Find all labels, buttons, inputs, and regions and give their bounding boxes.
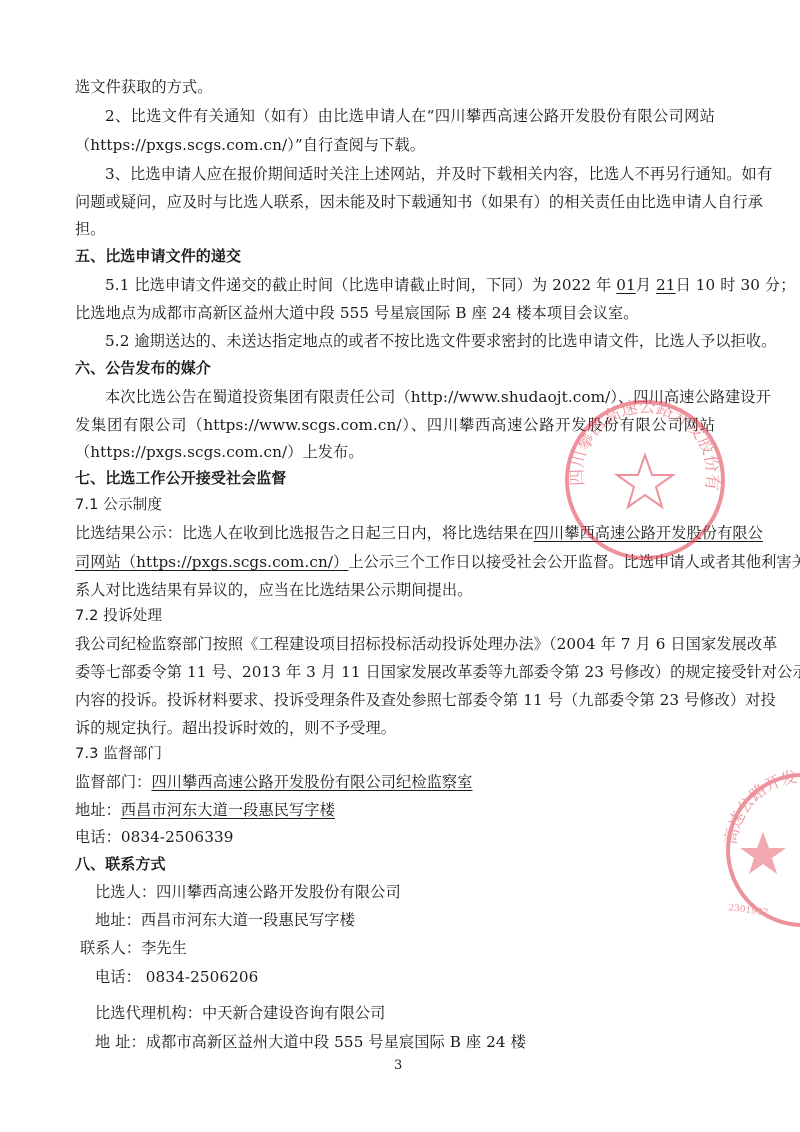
address-value: 西昌市河东大道一段惠民写字楼 [121, 801, 335, 819]
deadline-month: 01 [616, 276, 636, 294]
paragraph-text: 比选结果公示：比选人在收到比选报告之日起三日内，将比选结果在四川攀西高速公路开发… [75, 522, 715, 544]
deadline-text-post: 日 10 时 30 分； [676, 276, 796, 294]
paragraph-text: 我公司纪检监察部门按照《工程建设项目招标投标活动投诉处理办法》（2004 年 7… [75, 633, 715, 655]
publicity-text: 上公示三个工作日以接受社会公开监督。比选申请人或者其他利害关 [348, 553, 800, 571]
paragraph-text: 本次比选公告在蜀道投资集团有限责任公司（http://www.shudaojt.… [105, 386, 715, 408]
paragraph-text: 2、比选文件有关通知（如有）由比选申请人在“四川攀西高速公路开发股份有限公司网站 [105, 105, 715, 127]
section-heading: 五、比选申请文件的递交 [75, 245, 715, 267]
paragraph-text: 问题或疑问，应及时与比选人联系，因未能及时下载通知书（如果有）的相关责任由比选申… [75, 191, 715, 213]
paragraph-text: （https://pxgs.scgs.com.cn/）”自行查阅与下载。 [75, 134, 715, 156]
deadline-text-pre: 5.1 比选申请文件递交的截止时间（比选申请截止时间，下同）为 2022 年 [105, 276, 611, 294]
paragraph-text: 3、比选申请人应在报价期间适时关注上述网站，并及时下载相关内容，比选人不再另行通… [105, 163, 715, 185]
purchaser-address: 地址：西昌市河东大道一段惠民写字楼 [95, 909, 735, 931]
publicity-text: 比选结果公示：比选人在收到比选报告之日起三日内，将比选结果在 [75, 524, 534, 542]
paragraph-text: 诉的规定执行。超出投诉时效的，则不予受理。 [75, 717, 715, 739]
supervision-address: 地址：西昌市河东大道一段惠民写字楼 [75, 799, 715, 821]
address-label: 地址： [75, 801, 121, 819]
contact-phone: 电话： 0834-2506206 [95, 966, 735, 988]
paragraph-text: 5.2 逾期送达的、未送达指定地点的或者不按比选文件要求密封的比选申请文件，比选… [105, 330, 715, 352]
supervision-dept: 监督部门：四川攀西高速公路开发股份有限公司纪检监察室 [75, 771, 715, 793]
seal-stamp-partial: 高速公路开发 2301997 [708, 770, 800, 930]
paragraph-text: 选文件获取的方式。 [75, 76, 715, 98]
company-website-link[interactable]: 司网站（https://pxgs.scgs.com.cn/） [75, 553, 348, 571]
contact-person: 联系人：李先生 [80, 937, 720, 959]
paragraph-text: 委等七部委令第 11 号、2013 年 3 月 11 日国家发展改革委等九部委令… [75, 661, 715, 683]
company-website-link[interactable]: 四川攀西高速公路开发股份有限公 [534, 524, 763, 542]
paragraph-text: 发集团有限公司（https://www.scgs.com.cn/）、四川攀西高速… [75, 414, 715, 436]
paragraph-text: （https://pxgs.scgs.com.cn/）上发布。 [75, 441, 715, 463]
paragraph-text: 比选地点为成都市高新区益州大道中段 555 号星宸国际 B 座 24 楼本项目会… [75, 302, 715, 324]
deadline-text-mid: 月 [636, 276, 651, 294]
deadline-day: 21 [656, 276, 676, 294]
section-heading: 六、公告发布的媒介 [75, 357, 715, 379]
document-page: 选文件获取的方式。 2、比选文件有关通知（如有）由比选申请人在“四川攀西高速公路… [0, 0, 800, 1132]
paragraph-text: 内容的投诉。投诉材料要求、投诉受理条件及查处参照七部委令第 11 号（九部委令第… [75, 689, 715, 711]
svg-text:高速公路开发: 高速公路开发 [721, 770, 799, 846]
purchaser: 比选人：四川攀西高速公路开发股份有限公司 [95, 881, 735, 903]
subsection-heading: 7.3 监督部门 [75, 743, 715, 765]
page-number: 3 [394, 1058, 402, 1073]
dept-label: 监督部门： [75, 773, 151, 791]
media-text: 本次比选公告在蜀道投资集团有限责任公司（http://www.shudaojt.… [105, 388, 771, 406]
subsection-heading: 7.2 投诉处理 [75, 605, 715, 627]
supervision-phone: 电话：0834-2506339 [75, 826, 715, 848]
agency-address: 地 址：成都市高新区益州大道中段 555 号星宸国际 B 座 24 楼 [95, 1031, 735, 1053]
paragraph-text: 系人对比选结果有异议的，应当在比选结果公示期间提出。 [75, 579, 715, 601]
section-heading: 八、联系方式 [75, 853, 715, 875]
subsection-heading: 7.1 公示制度 [75, 494, 715, 516]
agency: 比选代理机构：中天新合建设咨询有限公司 [95, 1002, 735, 1024]
paragraph-text: 担。 [75, 218, 715, 240]
dept-value: 四川攀西高速公路开发股份有限公司纪检监察室 [151, 773, 472, 791]
section-heading: 七、比选工作公开接受社会监督 [75, 467, 715, 489]
paragraph-text: 司网站（https://pxgs.scgs.com.cn/）上公示三个工作日以接… [75, 551, 715, 573]
paragraph-text: 5.1 比选申请文件递交的截止时间（比选申请截止时间，下同）为 2022 年 0… [105, 274, 715, 296]
